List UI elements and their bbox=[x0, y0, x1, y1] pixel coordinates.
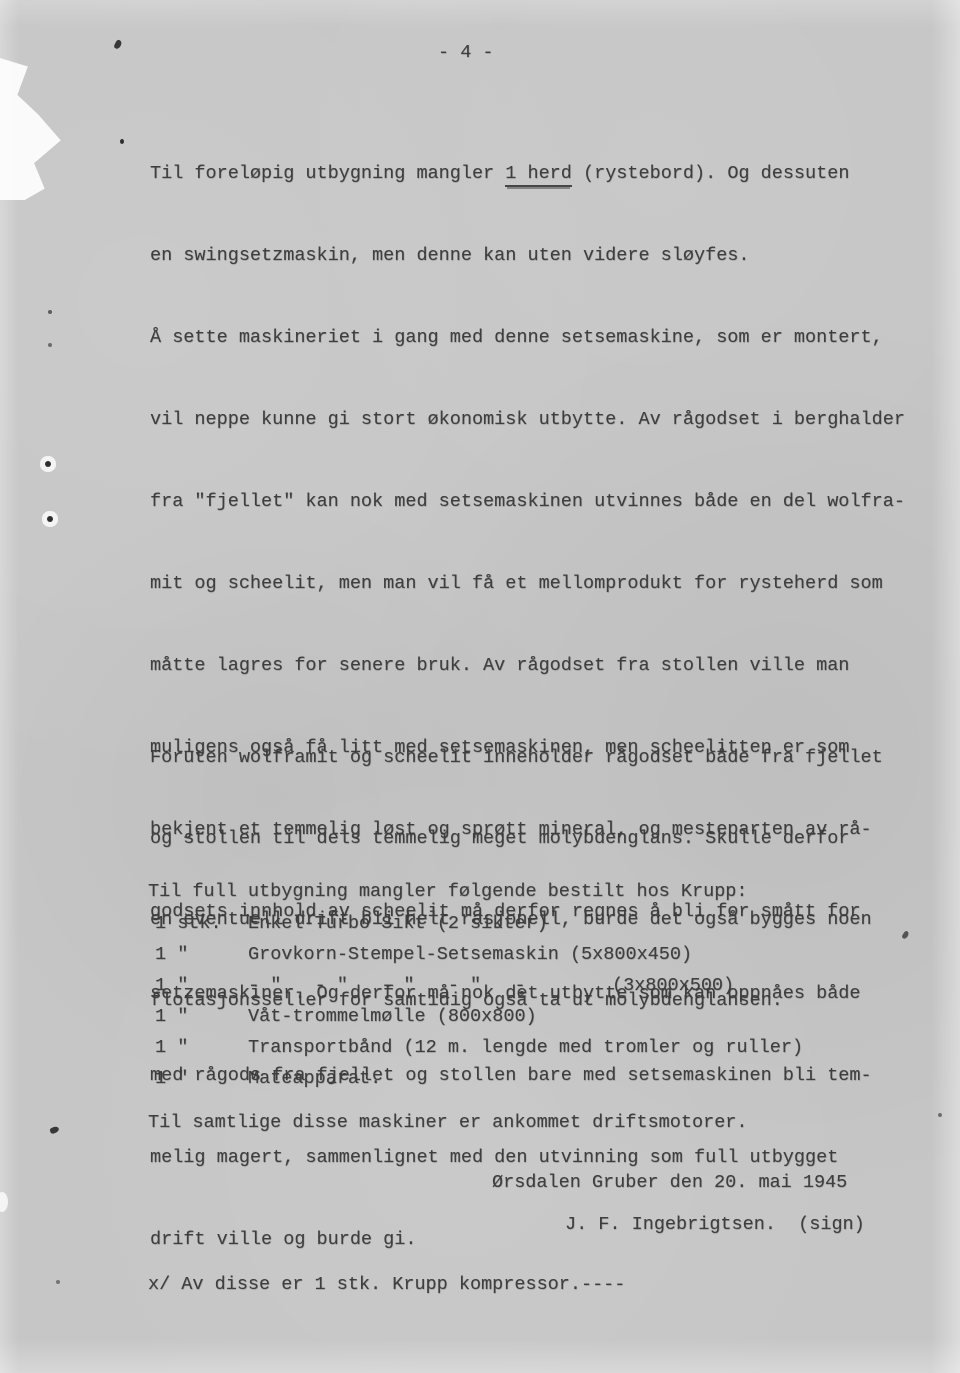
text-line: måtte lagres for senere bruk. Av rågodse… bbox=[150, 646, 905, 686]
item-description: Enkel-Turbo-Sikt (2 sikter) bbox=[248, 908, 548, 939]
intro-line1-pre: Til foreløpig utbygning mangler bbox=[150, 163, 505, 184]
ink-speck bbox=[48, 343, 52, 347]
closing-line: Til samtlige disse maskiner er ankommet … bbox=[148, 1103, 748, 1143]
item-description: Grovkorn-Stempel-Setsemaskin (5x800x450) bbox=[248, 939, 692, 970]
item-description: Transportbånd (12 m. lengde med tromler … bbox=[248, 1032, 803, 1063]
item-description: Våt-trommelmølle (800x800) bbox=[248, 1001, 537, 1032]
signature-place-date: Ørsdalen Gruber den 20. mai 1945 bbox=[492, 1168, 847, 1198]
ink-speck bbox=[47, 516, 53, 522]
scanned-document-page: - 4 - Til foreløpig utbygning mangler 1 … bbox=[0, 0, 960, 1373]
order-heading: Til full utbygning mangler følgende best… bbox=[148, 872, 748, 912]
page-number: - 4 - bbox=[438, 38, 494, 68]
text-line: en swingsetzmaskin, men denne kan uten v… bbox=[150, 236, 905, 276]
signature-name: J. F. Ingebrigtsen. (sign) bbox=[565, 1210, 865, 1240]
text-line: Til foreløpig utbygning mangler 1 herd (… bbox=[150, 154, 905, 194]
item-quantity: 1 " bbox=[155, 970, 188, 1001]
text-line: vil neppe kunne gi stort økonomisk utbyt… bbox=[150, 400, 905, 440]
order-item-row: 1 " - " - " - " - " - (3x800x500) bbox=[0, 970, 960, 1001]
ink-speck bbox=[113, 39, 123, 50]
ink-speck bbox=[49, 1126, 60, 1135]
underlined-phrase: 1 herd bbox=[505, 163, 572, 187]
text-line: og stollen til dels temmelig meget molyb… bbox=[150, 819, 883, 858]
ink-speck bbox=[56, 1280, 60, 1284]
text-line: fra "fjellet" kan nok med setsemaskinen … bbox=[150, 482, 905, 522]
item-quantity: 1 " bbox=[155, 939, 188, 970]
order-item-row: 1 " Transportbånd (12 m. lengde med trom… bbox=[0, 1032, 960, 1063]
order-item-row: 1 " Våt-trommelmølle (800x800) bbox=[0, 1001, 960, 1032]
order-item-row: 1 " Mateapparat. bbox=[0, 1063, 960, 1094]
item-quantity: 1 " bbox=[155, 1032, 188, 1063]
ink-speck bbox=[48, 310, 52, 314]
item-spec: (3x800x500) bbox=[612, 970, 734, 1001]
item-quantity: 1 stk. bbox=[155, 908, 222, 939]
item-quantity: 1 " bbox=[155, 1063, 188, 1094]
ink-speck bbox=[45, 461, 51, 467]
text-line: Foruten wolframit og scheelit inneholder… bbox=[150, 738, 883, 777]
text-line: mit og scheelit, men man vil få et mello… bbox=[150, 564, 905, 604]
ink-speck bbox=[938, 1113, 942, 1117]
text-line: Å sette maskineriet i gang med denne set… bbox=[150, 318, 905, 358]
ink-speck bbox=[120, 139, 124, 144]
order-item-row: 1 stk. Enkel-Turbo-Sikt (2 sikter) bbox=[0, 908, 960, 939]
paper-nick bbox=[0, 1192, 8, 1212]
item-description: - " - " - " - " - bbox=[248, 970, 526, 1001]
item-quantity: 1 " bbox=[155, 1001, 188, 1032]
order-list: 1 stk. Enkel-Turbo-Sikt (2 sikter) 1 " G… bbox=[0, 908, 960, 1094]
order-item-row: 1 " Grovkorn-Stempel-Setsemaskin (5x800x… bbox=[0, 939, 960, 970]
intro-line1-post: (rystebord). Og dessuten bbox=[572, 163, 850, 184]
footnote: x/ Av disse er 1 stk. Krupp kompressor.-… bbox=[148, 1270, 625, 1300]
item-description: Mateapparat. bbox=[248, 1063, 381, 1094]
paper-tear bbox=[0, 58, 62, 200]
